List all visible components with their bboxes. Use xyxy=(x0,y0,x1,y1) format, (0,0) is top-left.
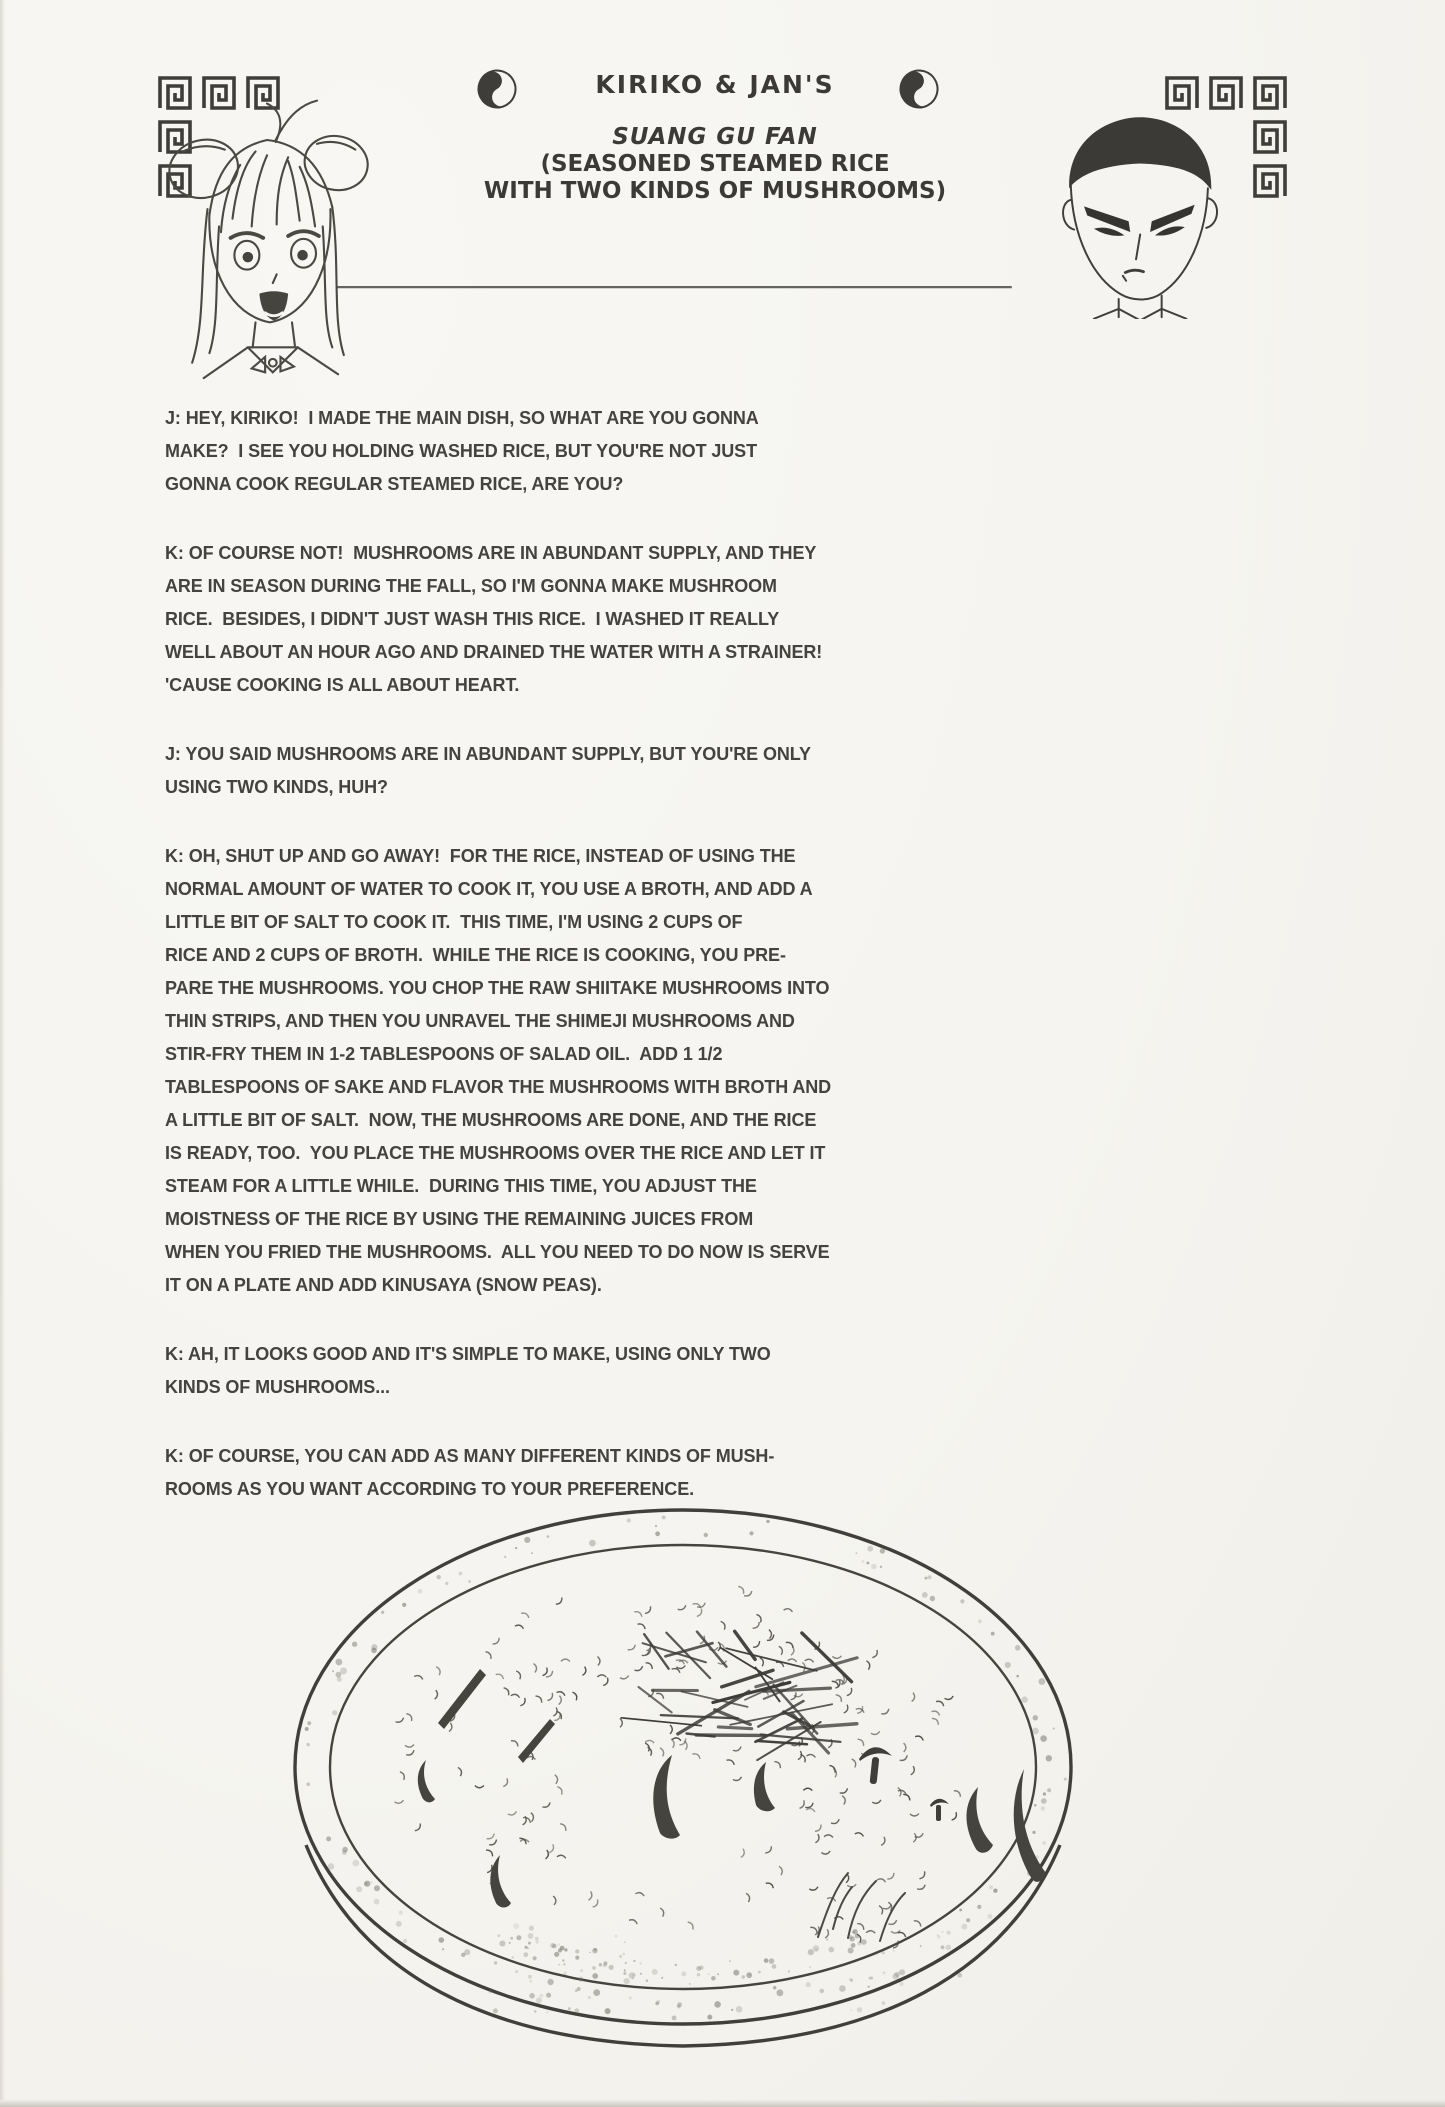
dialogue-paragraph: K: OH, SHUT UP AND GO AWAY! FOR THE RICE… xyxy=(165,840,1065,1302)
dialogue-paragraph: J: HEY, KIRIKO! I MADE THE MAIN DISH, SO… xyxy=(165,402,1065,501)
dish-title: SUANG GU FAN xyxy=(430,124,1000,151)
dialogue-paragraph: K: OF COURSE, YOU CAN ADD AS MANY DIFFER… xyxy=(165,1440,1065,1506)
dialogue-text: J: HEY, KIRIKO! I MADE THE MAIN DISH, SO… xyxy=(165,402,1065,1542)
dialogue-paragraph: J: YOU SAID MUSHROOMS ARE IN ABUNDANT SU… xyxy=(165,738,1065,804)
scan-edge xyxy=(0,0,5,2107)
dialogue-paragraph: K: AH, IT LOOKS GOOD AND IT'S SIMPLE TO … xyxy=(165,1338,1065,1404)
yin-yang-icon xyxy=(476,68,518,110)
dish-subtitle-line1: (SEASONED STEAMED RICE xyxy=(430,151,1000,178)
dialogue-paragraph: K: OF COURSE NOT! MUSHROOMS ARE IN ABUND… xyxy=(165,537,1065,702)
snow-pea-pods xyxy=(418,1669,1046,1908)
jan-portrait xyxy=(1046,112,1236,319)
dish-title-block: SUANG GU FAN (SEASONED STEAMED RICE WITH… xyxy=(430,124,1000,205)
scan-edge xyxy=(0,2100,1445,2107)
header-separator-line xyxy=(336,286,1012,288)
shiitake-strips xyxy=(621,1631,857,1760)
kiriko-portrait xyxy=(148,92,388,380)
recipe-page: KIRIKO & JAN'S SUANG GU FAN (SEASONED ST… xyxy=(0,0,1445,2107)
series-title: KIRIKO & JAN'S xyxy=(520,70,910,99)
shimeji-mushroom xyxy=(859,1747,949,1821)
dish-subtitle-line2: WITH TWO KINDS OF MUSHROOMS) xyxy=(430,178,1000,205)
rice-bowl-illustration xyxy=(288,1505,1078,2055)
